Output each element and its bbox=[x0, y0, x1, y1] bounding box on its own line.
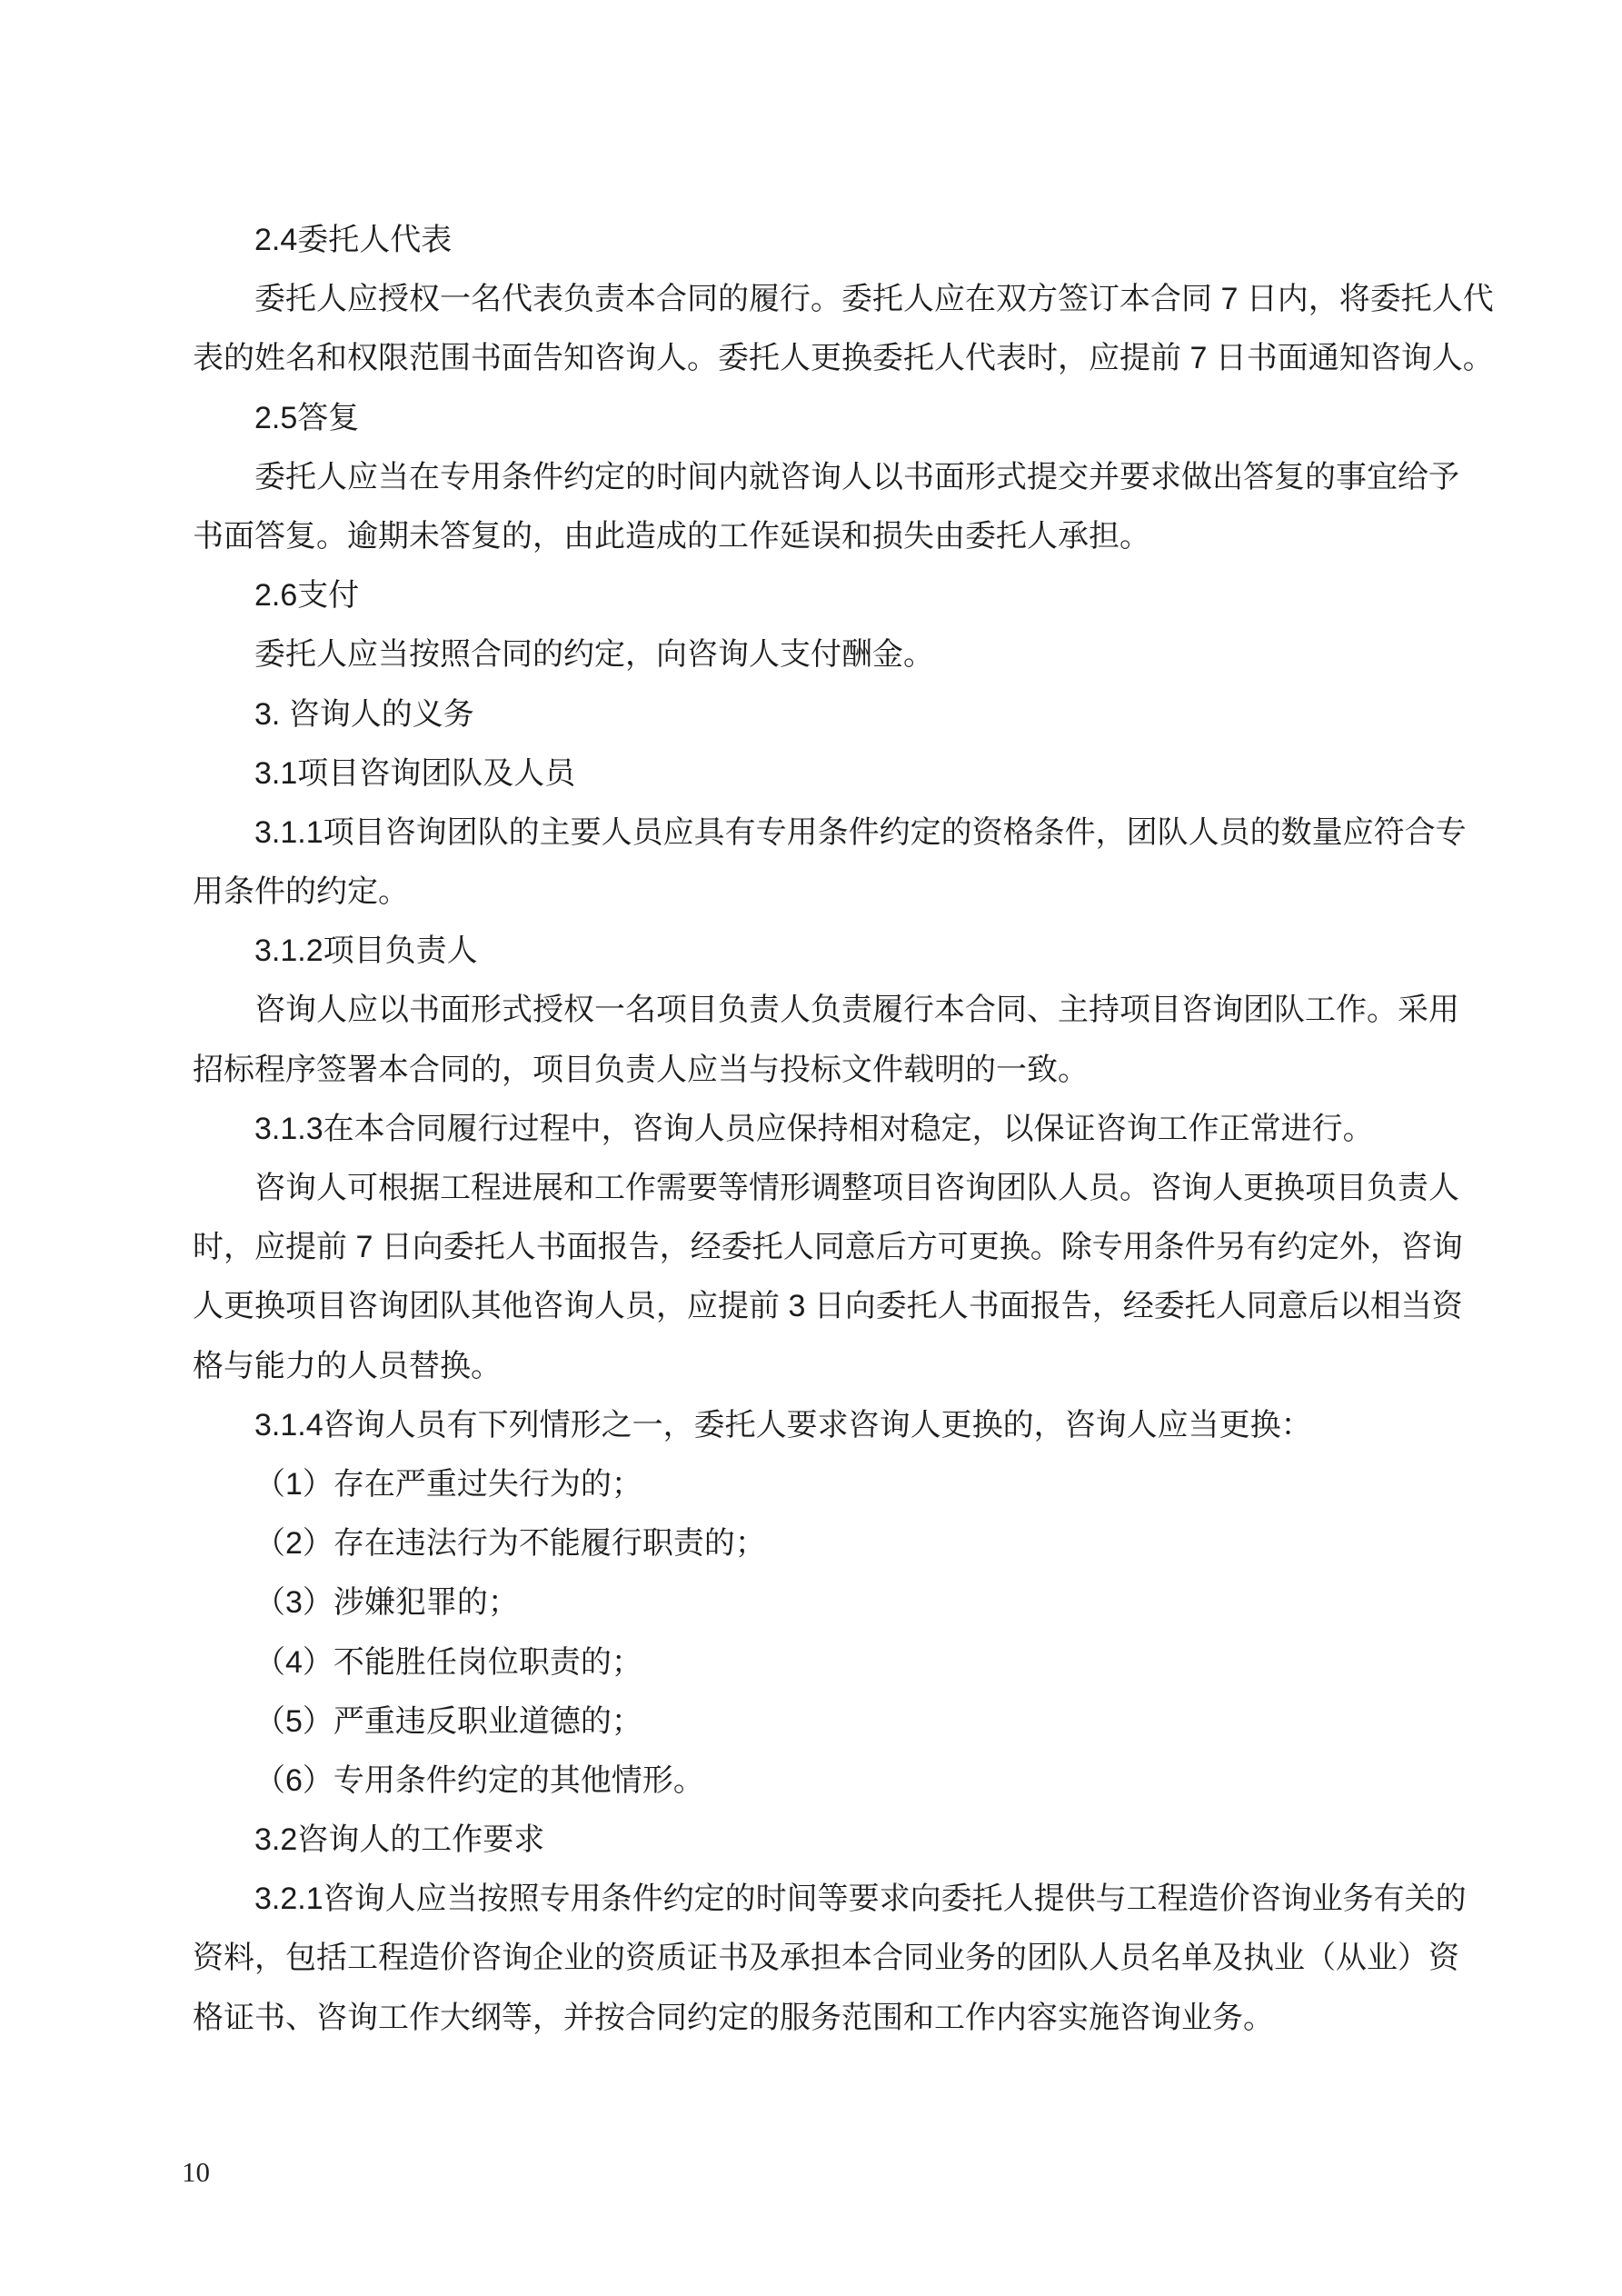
text-line: （5）严重违反职业道德的； bbox=[193, 1692, 1430, 1752]
text-line: 3.2咨询人的工作要求 bbox=[193, 1811, 1430, 1870]
text-line: 咨询人应以书面形式授权一名项目负责人负责履行本合同、主持项目咨询团队工作。采用 bbox=[193, 981, 1430, 1040]
document-text: 2.4委托人代表委托人应授权一名代表负责本合同的履行。委托人应在双方签订本合同 … bbox=[193, 211, 1430, 2048]
text-line: 3.1.3在本合同履行过程中，咨询人员应保持相对稳定，以保证咨询工作正常进行。 bbox=[193, 1100, 1430, 1159]
text-line: 3.1.2项目负责人 bbox=[193, 922, 1430, 981]
text-line: 招标程序签署本合同的，项目负责人应当与投标文件载明的一致。 bbox=[193, 1041, 1430, 1100]
text-line: 2.4委托人代表 bbox=[193, 211, 1430, 270]
text-line: （2）存在违法行为不能履行职责的； bbox=[193, 1514, 1430, 1573]
text-line: 2.6支付 bbox=[193, 566, 1430, 625]
text-line: 表的姓名和权限范围书面告知咨询人。委托人更换委托人代表时，应提前 7 日书面通知… bbox=[193, 329, 1430, 388]
text-line: （6）专用条件约定的其他情形。 bbox=[193, 1752, 1430, 1811]
text-line: 格证书、咨询工作大纲等，并按合同约定的服务范围和工作内容实施咨询业务。 bbox=[193, 1989, 1430, 2048]
document-page: 2.4委托人代表委托人应授权一名代表负责本合同的履行。委托人应在双方签订本合同 … bbox=[0, 0, 1622, 2296]
text-line: 资料，包括工程造价咨询企业的资质证书及承担本合同业务的团队人员名单及执业（从业）… bbox=[193, 1929, 1430, 1988]
text-line: 书面答复。逾期未答复的，由此造成的工作延误和损失由委托人承担。 bbox=[193, 507, 1430, 566]
text-line: （4）不能胜任岗位职责的； bbox=[193, 1633, 1430, 1692]
text-line: 3.2.1咨询人应当按照专用条件约定的时间等要求向委托人提供与工程造价咨询业务有… bbox=[193, 1870, 1430, 1929]
text-line: 3.1.4咨询人员有下列情形之一，委托人要求咨询人更换的，咨询人应当更换： bbox=[193, 1396, 1430, 1455]
text-line: 委托人应授权一名代表负责本合同的履行。委托人应在双方签订本合同 7 日内，将委托… bbox=[193, 270, 1430, 329]
text-line: 委托人应当在专用条件约定的时间内就咨询人以书面形式提交并要求做出答复的事宜给予 bbox=[193, 448, 1430, 507]
text-line: 3.1.1项目咨询团队的主要人员应具有专用条件约定的资格条件，团队人员的数量应符… bbox=[193, 804, 1430, 863]
text-line: （1）存在严重过失行为的； bbox=[193, 1455, 1430, 1514]
text-line: 人更换项目咨询团队其他咨询人员，应提前 3 日向委托人书面报告，经委托人同意后以… bbox=[193, 1277, 1430, 1336]
page-number: 10 bbox=[182, 2156, 210, 2189]
text-line: 格与能力的人员替换。 bbox=[193, 1337, 1430, 1396]
text-line: 咨询人可根据工程进展和工作需要等情形调整项目咨询团队人员。咨询人更换项目负责人 bbox=[193, 1159, 1430, 1218]
text-line: （3）涉嫌犯罪的； bbox=[193, 1573, 1430, 1632]
text-line: 委托人应当按照合同的约定，向咨询人支付酬金。 bbox=[193, 625, 1430, 684]
text-line: 时，应提前 7 日向委托人书面报告，经委托人同意后方可更换。除专用条件另有约定外… bbox=[193, 1218, 1430, 1277]
text-line: 3.1项目咨询团队及人员 bbox=[193, 744, 1430, 804]
text-line: 2.5答复 bbox=[193, 389, 1430, 448]
text-line: 用条件的约定。 bbox=[193, 863, 1430, 922]
text-line: 3. 咨询人的义务 bbox=[193, 685, 1430, 744]
